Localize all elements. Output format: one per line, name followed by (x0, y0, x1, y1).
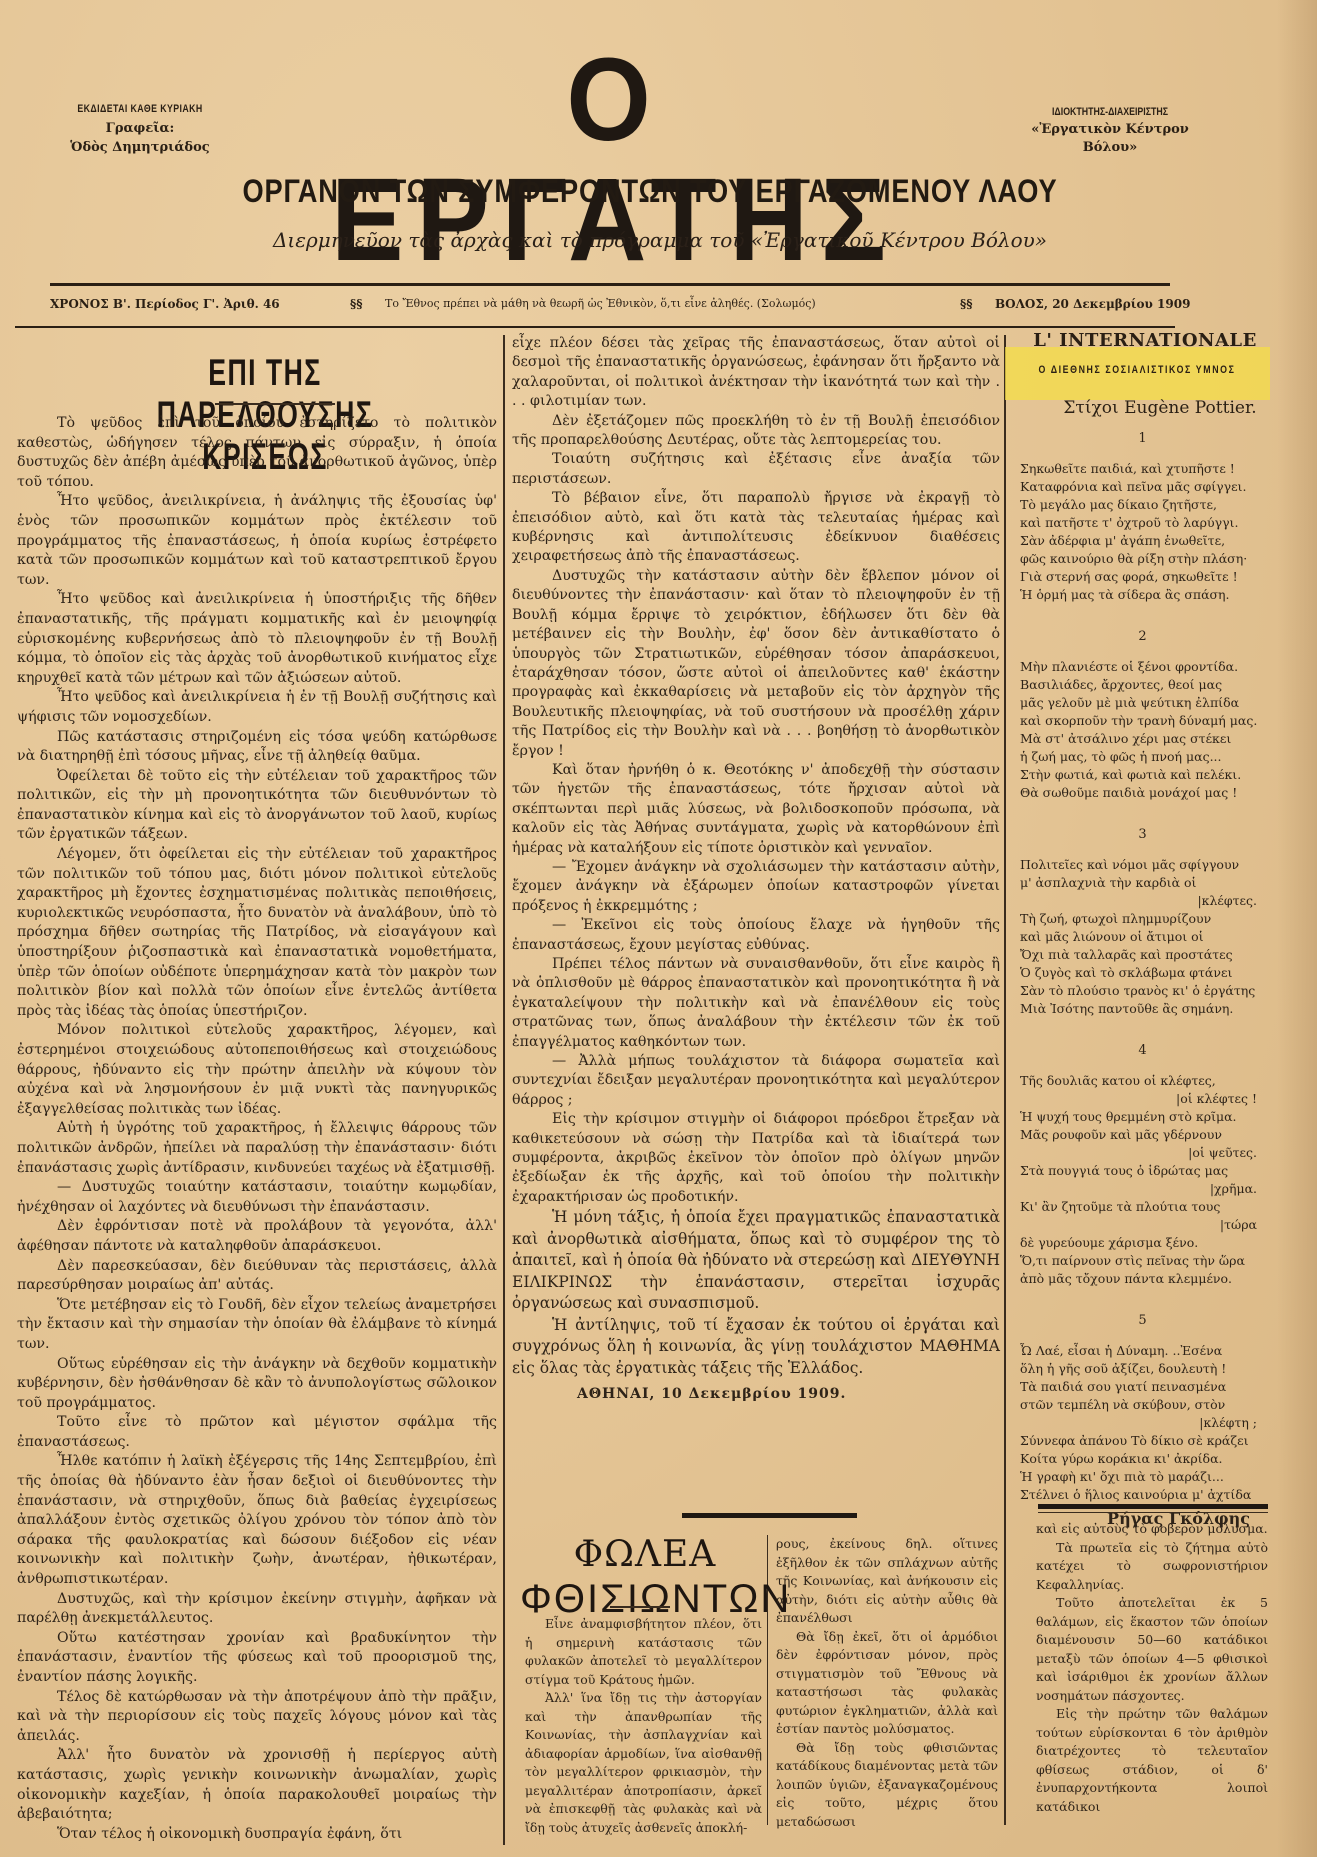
poem-end-rule (1038, 1504, 1268, 1509)
paragraph: Τοῦτο ἀποτελεῖται ἐκ 5 θαλάμων, εἰς ἕκασ… (1036, 1594, 1268, 1705)
poem-line: Πολιτεῖες καὶ νόμοι μᾶς σφίγγουν (1020, 856, 1265, 874)
publication-frequency: ΕΚΔΙΔΕΤΑΙ ΚΑΘΕ ΚΥΡΙΑΚΗ (68, 100, 212, 119)
poem-line: |τώρα (1020, 1216, 1265, 1234)
paragraph: Δὲν ἐφρόντισαν ποτὲ νὰ προλάβουν τὰ γεγο… (17, 1217, 497, 1256)
poem-line: Μᾶς ρουφοῦν καὶ μᾶς γδέρνουν (1020, 1126, 1265, 1144)
article-signoff: ΑΘΗΝΑΙ, 10 Δεκεμβρίου 1909. (512, 1385, 1000, 1404)
paragraph: Δυστυχῶς, καὶ τὴν κρίσιμον ἐκείνην στιγμ… (17, 1590, 497, 1629)
paper-edge-shadow (1277, 0, 1317, 1857)
poem-line: καὶ σκορποῦν τὴν τρανὴ δύναμή μας. (1020, 712, 1265, 730)
poem-body: 1 Σηκωθεῖτε παιδιά, καὶ χτυπῆστε ! Καταφ… (1020, 420, 1265, 1528)
paragraph: Καὶ ὅταν ἠρνήθη ὁ κ. Θεοτόκης ν' ἀποδεχθ… (512, 761, 1000, 858)
masthead-rule (50, 283, 1170, 286)
paragraph: — Ἀλλὰ μήπως τουλάχιστον τὰ διάφορα σωμα… (512, 1052, 1000, 1110)
poem-line: Μιὰ Ἰσότης παντοῦθε ἂς σημάνη. (1020, 1000, 1265, 1018)
paragraph: Τὸ βέβαιον εἶνε, ὅτι παραπολὺ ἤργισε νὰ … (512, 489, 1000, 567)
headline-underline (215, 403, 335, 405)
poem-line: Ἡ γραφὴ κι' ὄχι πιὰ τὸ μαράζι... (1020, 1468, 1265, 1486)
article-prisons-column-3: καὶ εἰς αὐτοὺς τὸ φοβερὸν μόλυσμα. Τὰ πρ… (1036, 1520, 1268, 1816)
poem-line: Κι' ἂν ζητοῦμε τὰ πλούτια τους (1020, 1198, 1265, 1216)
ornament-left: §§ (350, 297, 363, 311)
article-prisons-column-2: ρους, ἐκείνους δηλ. οἵτινες ἐξῆλθον ἐκ τ… (776, 1535, 998, 1831)
ornament-right: §§ (960, 297, 973, 311)
paragraph: Ὅταν τέλος ἡ οἰκονομικὴ δυσπραγία ἐφάνη,… (17, 1825, 497, 1845)
owner-city: Βόλου» (1025, 139, 1195, 157)
paragraph: Ἀλλ' ἦτο δυνατὸν νὰ χρονισθῇ ἡ περίεργος… (17, 1746, 497, 1824)
poem-line: Τῆς δουλιᾶς κατου οἱ κλέφτες, (1020, 1072, 1265, 1090)
poem-line: |χρῆμα. (1020, 1180, 1265, 1198)
paragraph: Τέλος δὲ κατώρθωσαν νὰ τὴν ἀποτρέψουν ἀπ… (17, 1688, 497, 1747)
article-crisis-column-2: εἶχε πλέον δέσει τὰς χεῖρας τῆς ἐπαναστά… (512, 334, 1000, 1405)
section-divider-rule (682, 1513, 857, 1518)
poem-line: ὅλη ἡ γῆς σοῦ ἀξίζει, δουλευτὴ ! (1020, 1360, 1265, 1378)
paragraph: — Ἐκεῖνοι εἰς τοὺς ὁποίους ἔλαχε νὰ ἡγηθ… (512, 916, 1000, 955)
newspaper-page: ΕΚΔΙΔΕΤΑΙ ΚΑΘΕ ΚΥΡΙΑΚΗ Γραφεῖα: Ὁδὸς Δημ… (0, 0, 1317, 1857)
paragraph: Τὸ ψεῦδος ἐπὶ τοῦ ὁποίου ἐστηρίζετο τὸ π… (17, 414, 497, 492)
paragraph: Ἦτο ψεῦδος καὶ ἀνειλικρίνεια ἡ ὑποστήριξ… (17, 590, 497, 688)
stanza-number: 2 (1020, 628, 1265, 646)
paragraph: Ἡ μόνη τάξις, ἡ ὁποία ἔχει πραγματικῶς ἐ… (512, 1207, 1000, 1315)
poem-line: φῶς καινούριο θὰ ρίξη στὴν πλάση· (1020, 550, 1265, 568)
poem-author: Στίχοι Eugène Pottier. (1060, 398, 1260, 418)
poem-line: καὶ μᾶς λιώνουν οἱ ἄτιμοι οἱ (1020, 928, 1265, 946)
column-divider-1 (503, 335, 505, 1845)
paragraph: Μόνον πολιτικοὶ εὐτελοῦς χαρακτῆρος, λέγ… (17, 1021, 497, 1119)
poem-line: Ὦ Λαέ, εἶσαι ἡ Δύναμη. ..Ἐσένα (1020, 1342, 1265, 1360)
paragraph: Τοῦτο εἶνε τὸ πρῶτον καὶ μέγιστον σφάλμα… (17, 1413, 497, 1452)
paragraph: Πῶς κατάστασις στηριζομένη εἰς τόσα ψεύδ… (17, 728, 497, 767)
paragraph: Θὰ ἴδῃ τοὺς φθισιῶντας κατάδίκους διαμέν… (776, 1739, 998, 1832)
stanza-number: 5 (1020, 1312, 1265, 1330)
paragraph: Οὕτως εὑρέθησαν εἰς τὴν ἀνάγκην νὰ δεχθο… (17, 1355, 497, 1414)
paragraph: Τοιαύτη συζήτησις καὶ ἐξέτασις εἶνε ἀναξ… (512, 450, 1000, 489)
paragraph: — Δυστυχῶς τοιαύτην κατάστασιν, τοιαύτην… (17, 1178, 497, 1217)
article-prisons-column-1: Εἶνε ἀναμφισβήτητον πλέον, ὅτι ἡ σημεριν… (525, 1615, 762, 1837)
poem-line: Τὸ μεγάλο μας δίκαιο ζητῆστε, (1020, 496, 1265, 514)
poem-line: Ὁ ζυγὸς καὶ τὸ σκλάβωμα φτάνει (1020, 964, 1265, 982)
poem-line: Σηκωθεῖτε παιδιά, καὶ χτυπῆστε ! (1020, 460, 1265, 478)
paragraph: Δυστυχῶς τὴν κατάστασιν αὐτὴν δὲν ἔβλεπο… (512, 567, 1000, 761)
paragraph: Ἦλθε κατόπιν ἡ λαϊκὴ ἐξέγερσις τῆς 14ης … (17, 1452, 497, 1589)
paragraph: Αὐτὴ ἡ ὑγρότης τοῦ χαρακτῆρος, ἡ ἔλλειψι… (17, 1119, 497, 1178)
paragraph: εἶχε πλέον δέσει τὰς χεῖρας τῆς ἐπαναστά… (512, 334, 1000, 412)
dateline-rule (15, 326, 1175, 328)
offices-label: Γραφεῖα: (50, 119, 230, 138)
paragraph: Θὰ ἴδῃ ἐκεῖ, ὅτι οἱ ἁρμόδιοι δὲν ἐφρόντι… (776, 1628, 998, 1739)
poem-line: Μὴν πλανιέστε οἱ ξένοι φροντίδα. (1020, 658, 1265, 676)
paragraph: — Ἔχομεν ἀνάγκην νὰ σχολιάσωμεν τὴν κατά… (512, 858, 1000, 916)
place-and-date: ΒΟΛΟΣ, 20 Δεκεμβρίου 1909 (995, 297, 1190, 311)
owner-name: «Ἐργατικὸν Κέντρον (1025, 121, 1195, 139)
poem-line: μᾶς γελοῦν μὲ μιὰ ψεύτικη ἐλπίδα (1020, 694, 1265, 712)
masthead-publication-info: ΕΚΔΙΔΕΤΑΙ ΚΑΘΕ ΚΥΡΙΑΚΗ Γραφεῖα: Ὁδὸς Δημ… (50, 100, 230, 157)
poem-line: Ὄχι πιὰ ταλλαρᾶς καὶ προστάτες (1020, 946, 1265, 964)
paragraph: Ἡ ἀντίληψις, τοῦ τί ἔχασαν ἐκ τούτου οἱ … (512, 1315, 1000, 1380)
paragraph: Ὀφείλεται δὲ τοῦτο εἰς τὴν εὐτέλειαν τοῦ… (17, 767, 497, 845)
paragraph: Δὲν παρεσκεύασαν, δὲν διεύθυναν τὰς περι… (17, 1257, 497, 1296)
column-divider-2 (1004, 335, 1006, 1825)
article-crisis-column-1: Τὸ ψεῦδος ἐπὶ τοῦ ὁποίου ἐστηρίζετο τὸ π… (17, 414, 497, 1844)
paragraph: Εἰς τὴν κρίσιμον στιγμὴν οἱ διάφοροι πρό… (512, 1110, 1000, 1207)
headline-underline (610, 1606, 670, 1608)
poem-line: στῶν τεμπέλη νὰ σκύβουν, στὸν (1020, 1396, 1265, 1414)
offices-address: Ὁδὸς Δημητριάδος (50, 138, 230, 157)
owner-label: ΙΔΙΟΚΤΗΤΗΣ-ΔΙΑΧΕΙΡΙΣΤΗΣ (1042, 103, 1178, 121)
poem-line: ἡ ζωή μας, τὸ φῶς ἡ πνοή μας... (1020, 748, 1265, 766)
poem-line: μ' ἀσπλαχνιὰ τὴν καρδιὰ οἱ (1020, 874, 1265, 892)
poem-line: Σύννεφα ἀπάνου Τὸ δίκιο σὲ κράζει (1020, 1432, 1265, 1450)
poem-line: |κλέφτες. (1020, 892, 1265, 910)
paragraph: Εἰς τὴν πρώτην τῶν θαλάμων τούτων εὑρίσκ… (1036, 1705, 1268, 1816)
dateline-motto: Το Ἔθνος πρέπει νὰ μάθη νὰ θεωρῆ ὡς Ἐθνι… (385, 297, 816, 310)
paragraph: Λέγομεν, ὅτι ὀφείλεται εἰς τὴν εὐτέλειαν… (17, 845, 497, 1021)
poem-line: Ὅ,τι παίρνουν στὶς πεῖνας τὴν ὥρα (1020, 1252, 1265, 1270)
poem-line: Θὰ σωθοῦμε παιδιὰ μονάχοί μας ! (1020, 784, 1265, 802)
poem-subtitle: Ο ΔΙΕΘΝΗΣ ΣΟΣΙΑΛΙΣΤΙΚΟΣ ΥΜΝΟΣ (1037, 364, 1237, 376)
poem-line: Βασιλιάδες, ἄρχοντες, θεοί μας (1020, 676, 1265, 694)
poem-end-thin-rule (1038, 1512, 1268, 1513)
paragraph: Ὅτε μετέβησαν εἰς τὸ Γουδῆ, δὲν εἶχον τε… (17, 1296, 497, 1355)
dateline-bar: ΧΡΟΝΟΣ Β'. Περίοδος Γ'. Ἀριθ. 46 §§ Το Ἔ… (50, 297, 1170, 317)
poem-line: Στέλνει ὁ ἥλιος καινούρια μ' ἀχτίδα (1020, 1486, 1265, 1504)
paragraph: Πρέπει τέλος πάντων νὰ συναισθανθοῦν, ὅτ… (512, 955, 1000, 1052)
poem-line: Ἡ ὁρμή μας τὰ σίδερα ἂς σπάση. (1020, 586, 1265, 604)
poem-line: Τὰ παιδιά σου γιατί πεινασμένα (1020, 1378, 1265, 1396)
paragraph: ρους, ἐκείνους δηλ. οἵτινες ἐξῆλθον ἐκ τ… (776, 1535, 998, 1628)
paragraph: Οὕτω κατέστησαν χρονίαν καὶ βραδυκίνητον… (17, 1629, 497, 1688)
newspaper-subtitle: ΟΡΓΑΝΟΝ ΤΩΝ ΣΥΜΦΕΡΟΝΤΩΝ ΤΟΥ ΕΡΓΑΖΟΜΕΝΟΥ … (225, 173, 1075, 210)
poem-line: |οἱ ψεῦτες. (1020, 1144, 1265, 1162)
poem-line: Στὰ πουγγιά τους ὁ ἱδρώτας μας (1020, 1162, 1265, 1180)
poem-line: Γιὰ στερνή σας φορά, σηκωθεῖτε ! (1020, 568, 1265, 586)
paragraph: Τὰ πρωτεῖα εἰς τὸ ζήτημα αὐτὸ κατέχει τὸ… (1036, 1539, 1268, 1595)
masthead-owner-info: ΙΔΙΟΚΤΗΤΗΣ-ΔΙΑΧΕΙΡΙΣΤΗΣ «Ἐργατικὸν Κέντρ… (1025, 103, 1195, 157)
poem-line: Καταφρόνια καὶ πεῖνα μᾶς σφίγγει. (1020, 478, 1265, 496)
poem-title: L' INTERNATIONALE (1025, 330, 1265, 351)
poem-line: Στὴν φωτιά, καὶ φωτιὰ καὶ πελέκι. (1020, 766, 1265, 784)
poem-line: δὲ γυρεύουμε χάρισμα ξένο. (1020, 1234, 1265, 1252)
stanza-number: 1 (1020, 430, 1265, 448)
poem-line: Σὰν τὸ πλούσιο τρανὸς κι' ὁ ἐργάτης (1020, 982, 1265, 1000)
paragraph: Ἦτο ψεῦδος καὶ ἀνειλικρίνεια ἡ ἐν τῇ Βου… (17, 688, 497, 727)
stanza-number: 3 (1020, 826, 1265, 844)
newspaper-tagline: Διερμηνεῦον τὰς ἀρχὰς καὶ τὸ πρόγραμμα τ… (260, 228, 1060, 252)
paragraph: Ἀλλ' ἵνα ἴδῃ τις τὴν ἀστοργίαν καὶ τὴν ἀ… (525, 1689, 762, 1837)
headline-line-1: ΦΩΛΕΑ (520, 1533, 770, 1577)
poem-line: Ἡ ψυχή τους θρεμμένη στὸ κρῖμα. (1020, 1108, 1265, 1126)
poem-line: Τὴ ζωή, φτωχοὶ πλημμυρίζουν (1020, 910, 1265, 928)
poem-line: Μὰ στ' ἀτσάλινο χέρι μας στέκει (1020, 730, 1265, 748)
poem-line: |κλέφτη ; (1020, 1414, 1265, 1432)
issue-number: ΧΡΟΝΟΣ Β'. Περίοδος Γ'. Ἀριθ. 46 (50, 297, 280, 311)
poem-line: ἀπὸ μᾶς τὄχουν πάντα κλεμμένο. (1020, 1270, 1265, 1288)
poem-line: |οἱ κλέφτες ! (1020, 1090, 1265, 1108)
poem-line: καὶ πατῆστε τ' ὀχτροῦ τὸ λαρύγγι. (1020, 514, 1265, 532)
stanza-number: 4 (1020, 1042, 1265, 1060)
paragraph: Εἶνε ἀναμφισβήτητον πλέον, ὅτι ἡ σημεριν… (525, 1615, 762, 1689)
poem-line: Κοίτα γύρω κοράκια κι' ἀκρίδα. (1020, 1450, 1265, 1468)
poem-line: Σὰν ἀδέρφια μ' ἀγάπη ἑνωθεῖτε, (1020, 532, 1265, 550)
paragraph: Δὲν ἐξετάζομεν πῶς προεκλήθη τὸ ἐν τῇ Βο… (512, 412, 1000, 451)
paragraph: Ἦτο ψεῦδος, ἀνειλικρίνεια, ἡ ἀνάληψις τῆ… (17, 492, 497, 590)
